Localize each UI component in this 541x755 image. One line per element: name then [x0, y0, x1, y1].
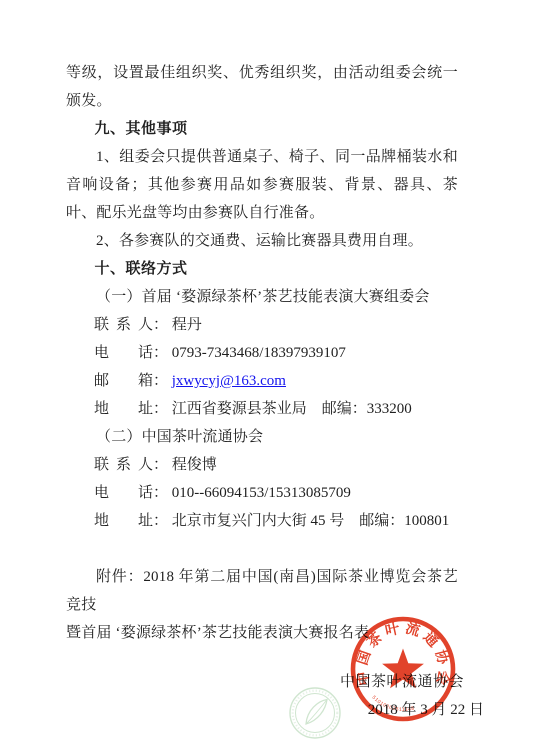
- contact-person-name: 程俊博: [172, 457, 217, 473]
- label-colon: ：: [153, 373, 168, 389]
- label-colon: ：: [153, 317, 168, 333]
- paragraph-other-matters-1: 1、组委会只提供普通桌子、椅子、同一品牌桶装水和音响设备；其他参赛用品如参赛服装…: [66, 143, 458, 227]
- contact-row-phone-1: 电话： 0793-7343468/18397939107: [66, 339, 458, 367]
- document-page: 等级，设置最佳组织奖、优秀组织奖，由活动组委会统一颁发。 九、其他事项 1、组委…: [0, 0, 541, 755]
- paragraph-other-matters-2: 2、各参赛队的交通费、运输比赛器具费用自理。: [66, 227, 458, 255]
- contact-phone-number: 0793-7343468/18397939107: [172, 345, 346, 361]
- contact-person-name: 程丹: [172, 317, 202, 333]
- contact-row-person-2: 联系人： 程俊博: [66, 451, 458, 479]
- attachment-note-line-1: 附件：2018 年第二届中国(南昌)国际茶业博览会茶艺竞技: [66, 563, 458, 619]
- contact-address: 江西省婺源县茶业局 邮编：333200: [172, 401, 412, 417]
- contact-label: 联系人: [94, 311, 153, 339]
- attachment-note-line-2: 暨首届 ‘婺源绿茶杯’茶艺技能表演大赛报名表: [66, 619, 458, 647]
- label-colon: ：: [153, 457, 168, 473]
- contact-row-phone-2: 电话： 010--66094153/15313085709: [66, 479, 458, 507]
- contact-label: 联系人: [94, 451, 153, 479]
- signature-date: 2018 年 3 月 22 日: [66, 696, 484, 724]
- signature-organization: 中国茶叶流通协会: [66, 668, 464, 696]
- contact-row-person-1: 联系人： 程丹: [66, 311, 458, 339]
- contact-address: 北京市复兴门内大街 45 号 邮编：100801: [172, 513, 450, 529]
- contact-label: 电话: [94, 339, 153, 367]
- contact-label: 邮箱: [94, 367, 153, 395]
- signature-block: 中国茶叶流通协会 2018 年 3 月 22 日: [66, 668, 458, 724]
- section-heading-other-matters: 九、其他事项: [66, 115, 458, 143]
- spacer-line: [66, 535, 458, 563]
- contact-label: 地址: [94, 395, 153, 423]
- contact-phone-number: 010--66094153/15313085709: [172, 485, 351, 501]
- contact-row-address-1: 地址： 江西省婺源县茶业局 邮编：333200: [66, 395, 458, 423]
- contact-row-email-1: 邮箱： jxwycyj@163.com: [66, 367, 458, 395]
- section-heading-contact: 十、联络方式: [66, 255, 458, 283]
- contact-label: 地址: [94, 507, 153, 535]
- contact-row-address-2: 地址： 北京市复兴门内大街 45 号 邮编：100801: [66, 507, 458, 535]
- email-link[interactable]: jxwycyj@163.com: [172, 373, 286, 389]
- subsection-title-tea-association: （二）中国茶叶流通协会: [66, 423, 458, 451]
- paragraph-award-carryover: 等级，设置最佳组织奖、优秀组织奖，由活动组委会统一颁发。: [66, 59, 458, 115]
- label-colon: ：: [153, 485, 168, 501]
- label-colon: ：: [153, 345, 168, 361]
- label-colon: ：: [153, 513, 168, 529]
- contact-label: 电话: [94, 479, 153, 507]
- label-colon: ：: [153, 401, 168, 417]
- subsection-title-wuyuan-committee: （一）首届 ‘婺源绿茶杯’茶艺技能表演大赛组委会: [66, 283, 458, 311]
